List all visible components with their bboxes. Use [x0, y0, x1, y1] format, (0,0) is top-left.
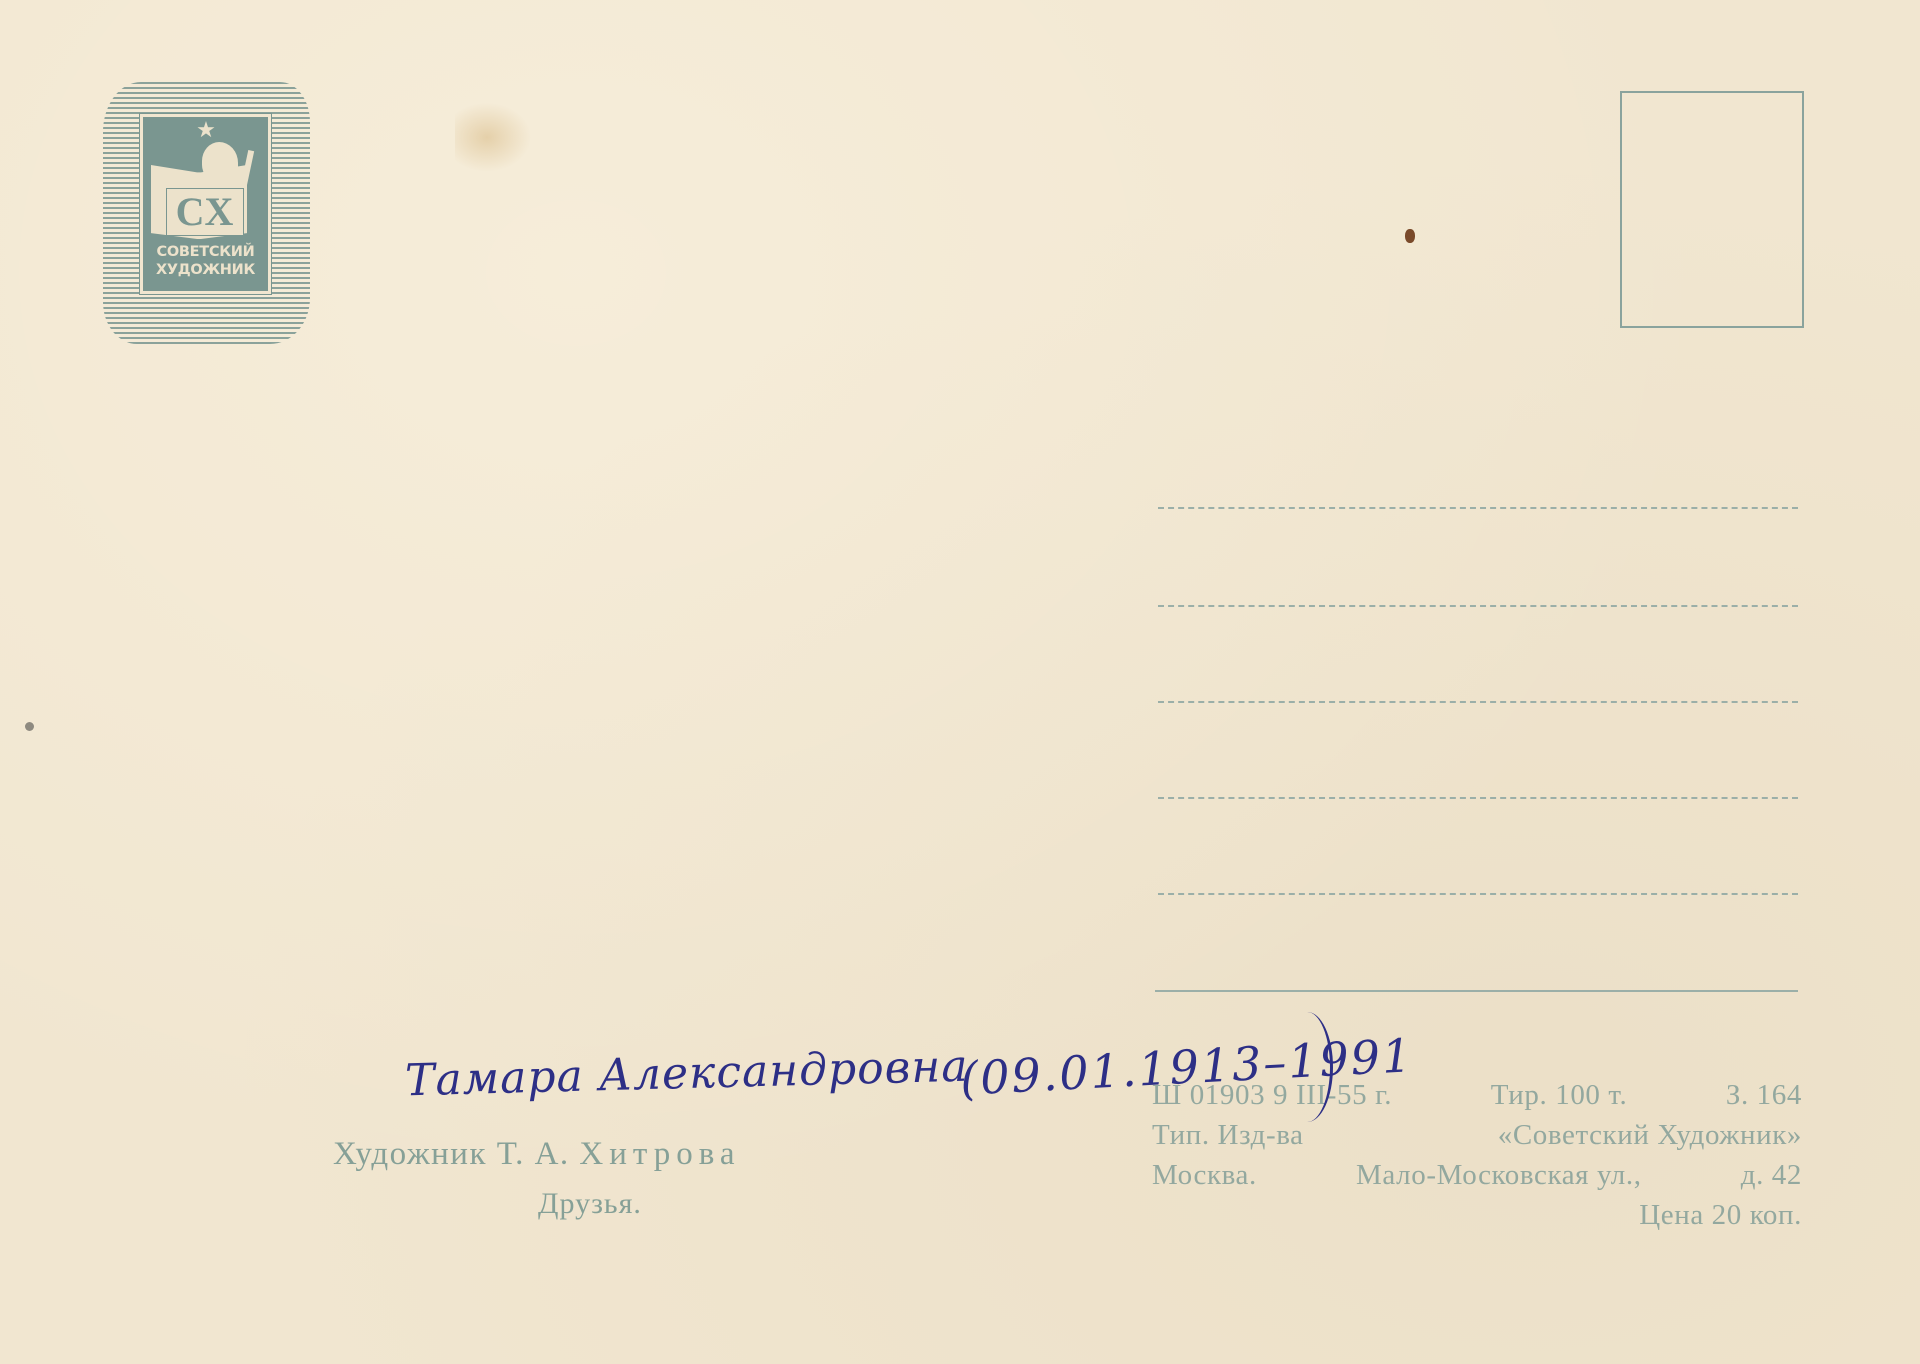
star-icon: ★ — [195, 119, 217, 141]
address-line — [1158, 797, 1798, 799]
imprint-block: Ш 01903 9 III-55 г. Тир. 100 т. З. 164 Т… — [1152, 1075, 1802, 1235]
artist-surname: Хитрова — [579, 1136, 740, 1172]
artist-initials: Т. А. — [497, 1136, 570, 1172]
imprint-line-3: Москва. Мало-Московская ул., д. 42 — [1152, 1155, 1802, 1195]
logo-monogram: СХ — [166, 188, 244, 236]
logo-wordmark-line2: ХУДОЖНИК — [143, 261, 268, 279]
imprint-order: З. 164 — [1726, 1075, 1802, 1115]
address-line — [1158, 701, 1798, 703]
address-line — [1158, 605, 1798, 607]
imprint-house: д. 42 — [1741, 1155, 1802, 1195]
imprint-line-2: Тип. Изд-ва «Советский Художник» — [1152, 1115, 1802, 1155]
imprint-price: Цена 20 коп. — [1639, 1195, 1802, 1235]
paper-stain — [455, 100, 535, 175]
address-line — [1158, 507, 1798, 509]
gray-spot — [25, 722, 34, 731]
address-line — [1158, 893, 1798, 895]
brown-spot — [1405, 229, 1415, 243]
artwork-title: Друзья. — [538, 1187, 642, 1221]
imprint-street: Мало-Московская ул., — [1356, 1155, 1642, 1195]
imprint-printer: Тип. Изд-ва — [1152, 1115, 1304, 1155]
address-line-solid — [1155, 990, 1798, 992]
artist-prefix: Художник — [333, 1136, 487, 1172]
logo-wordmark: СОВЕТСКИЙ ХУДОЖНИК — [143, 243, 268, 279]
imprint-publisher: «Советский Художник» — [1498, 1115, 1802, 1155]
stamp-placeholder-box — [1620, 91, 1804, 328]
handwritten-name: Тамара Александровна — [404, 1041, 969, 1107]
imprint-line-4: Цена 20 коп. — [1152, 1195, 1802, 1235]
artist-credit: Художник Т. А. Хитрова — [333, 1136, 741, 1173]
logo-wordmark-line1: СОВЕТСКИЙ — [143, 243, 268, 261]
imprint-city: Москва. — [1152, 1155, 1257, 1195]
imprint-print-run: Тир. 100 т. — [1491, 1075, 1628, 1115]
